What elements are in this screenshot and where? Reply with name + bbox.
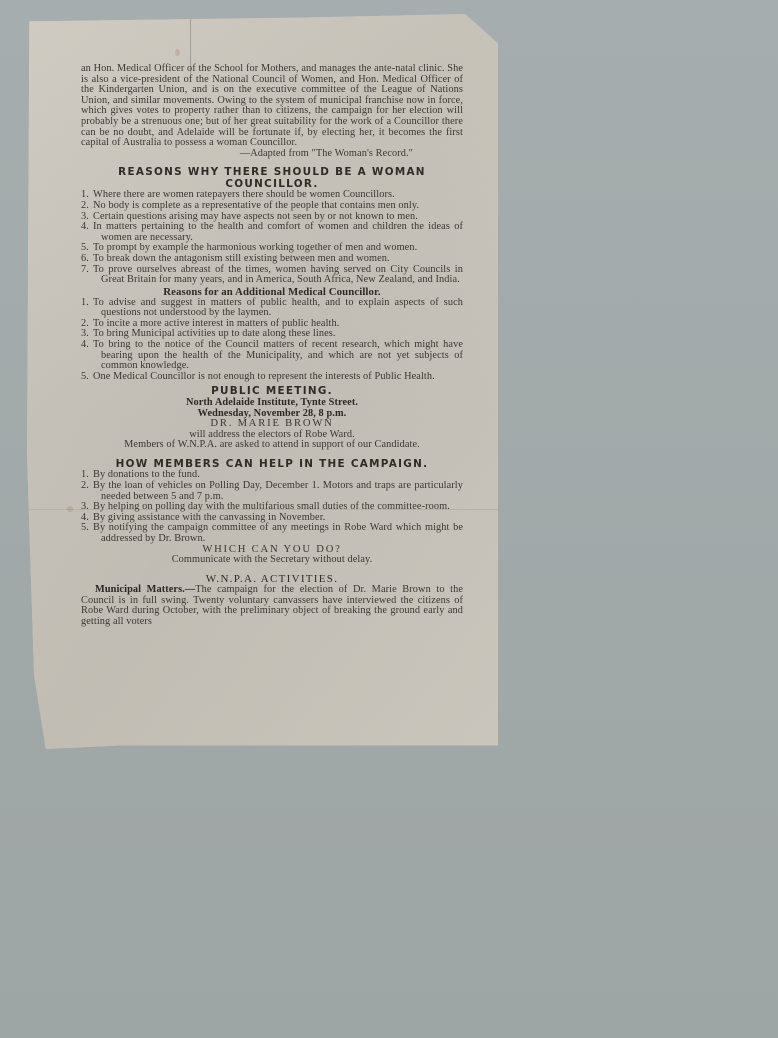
item-text: To prove ourselves abreast of the times,…	[93, 264, 463, 286]
item-text: Certain questions arising may have aspec…	[93, 211, 418, 222]
item-text: To prompt by example the harmonious work…	[93, 242, 417, 253]
item-text: By helping on polling day with the multi…	[93, 501, 450, 512]
item-text: No body is complete as a representative …	[93, 200, 419, 211]
item-number: 6.	[81, 254, 93, 265]
item-text: One Medical Councillor is not enough to …	[93, 371, 435, 382]
item-text: To advise and suggest in matters of publ…	[93, 297, 463, 319]
item-text: To bring Municipal activities up to date…	[93, 328, 336, 339]
item-text: To incite a more active interest in matt…	[93, 318, 339, 329]
item-text: By the loan of vehicles on Polling Day, …	[93, 480, 463, 502]
item-number: 1.	[81, 298, 93, 309]
item-number: 4.	[81, 222, 93, 233]
list-item: 4.To bring to the notice of the Council …	[81, 340, 463, 372]
municipal-matters-label: Municipal Matters.—	[95, 584, 195, 595]
item-number: 2.	[81, 201, 93, 212]
item-number: 5.	[81, 372, 93, 383]
list-item: 4.In matters pertaining to the health an…	[81, 222, 463, 243]
intro-paragraph: an Hon. Medical Officer of the School fo…	[81, 64, 463, 149]
list-item: 2.By the loan of vehicles on Polling Day…	[81, 481, 463, 502]
document-body: an Hon. Medical Officer of the School fo…	[81, 64, 463, 628]
help-list: 1.By donations to the fund.2.By the loan…	[81, 470, 463, 544]
meeting-venue: North Adelaide Institute, Tynte Street.	[81, 398, 463, 409]
item-text: Where there are women ratepayers there s…	[93, 189, 395, 200]
medical-reasons-list: 1.To advise and suggest in matters of pu…	[81, 298, 463, 383]
list-item: 5.By notifying the campaign committee of…	[81, 523, 463, 544]
list-item: 7.To prove ourselves abreast of the time…	[81, 265, 463, 286]
attribution: —Adapted from "The Woman's Record."	[81, 149, 463, 160]
item-number: 4.	[81, 340, 93, 351]
item-number: 5.	[81, 523, 93, 534]
item-text: By donations to the fund.	[93, 469, 200, 480]
item-text: To break down the antagonism still exist…	[93, 253, 390, 264]
meeting-line2: Members of W.N.P.A. are asked to attend …	[81, 440, 463, 451]
item-text: By giving assistance with the canvassing…	[93, 512, 325, 523]
list-item: 5.One Medical Councillor is not enough t…	[81, 372, 463, 383]
help-instruction: Communicate with the Secretary without d…	[81, 555, 463, 566]
paper-stain	[175, 49, 180, 56]
document-page: an Hon. Medical Officer of the School fo…	[27, 14, 498, 749]
item-text: In matters pertaining to the health and …	[93, 221, 463, 243]
item-text: To bring to the notice of the Council ma…	[93, 339, 463, 371]
reasons-list: 1.Where there are women ratepayers there…	[81, 190, 463, 285]
item-number: 2.	[81, 481, 93, 492]
paper-stain	[67, 506, 73, 512]
item-number: 7.	[81, 265, 93, 276]
list-item: 1.To advise and suggest in matters of pu…	[81, 298, 463, 319]
activities-paragraph: Municipal Matters.—The campaign for the …	[81, 585, 463, 627]
item-text: By notifying the campaign committee of a…	[93, 522, 463, 544]
